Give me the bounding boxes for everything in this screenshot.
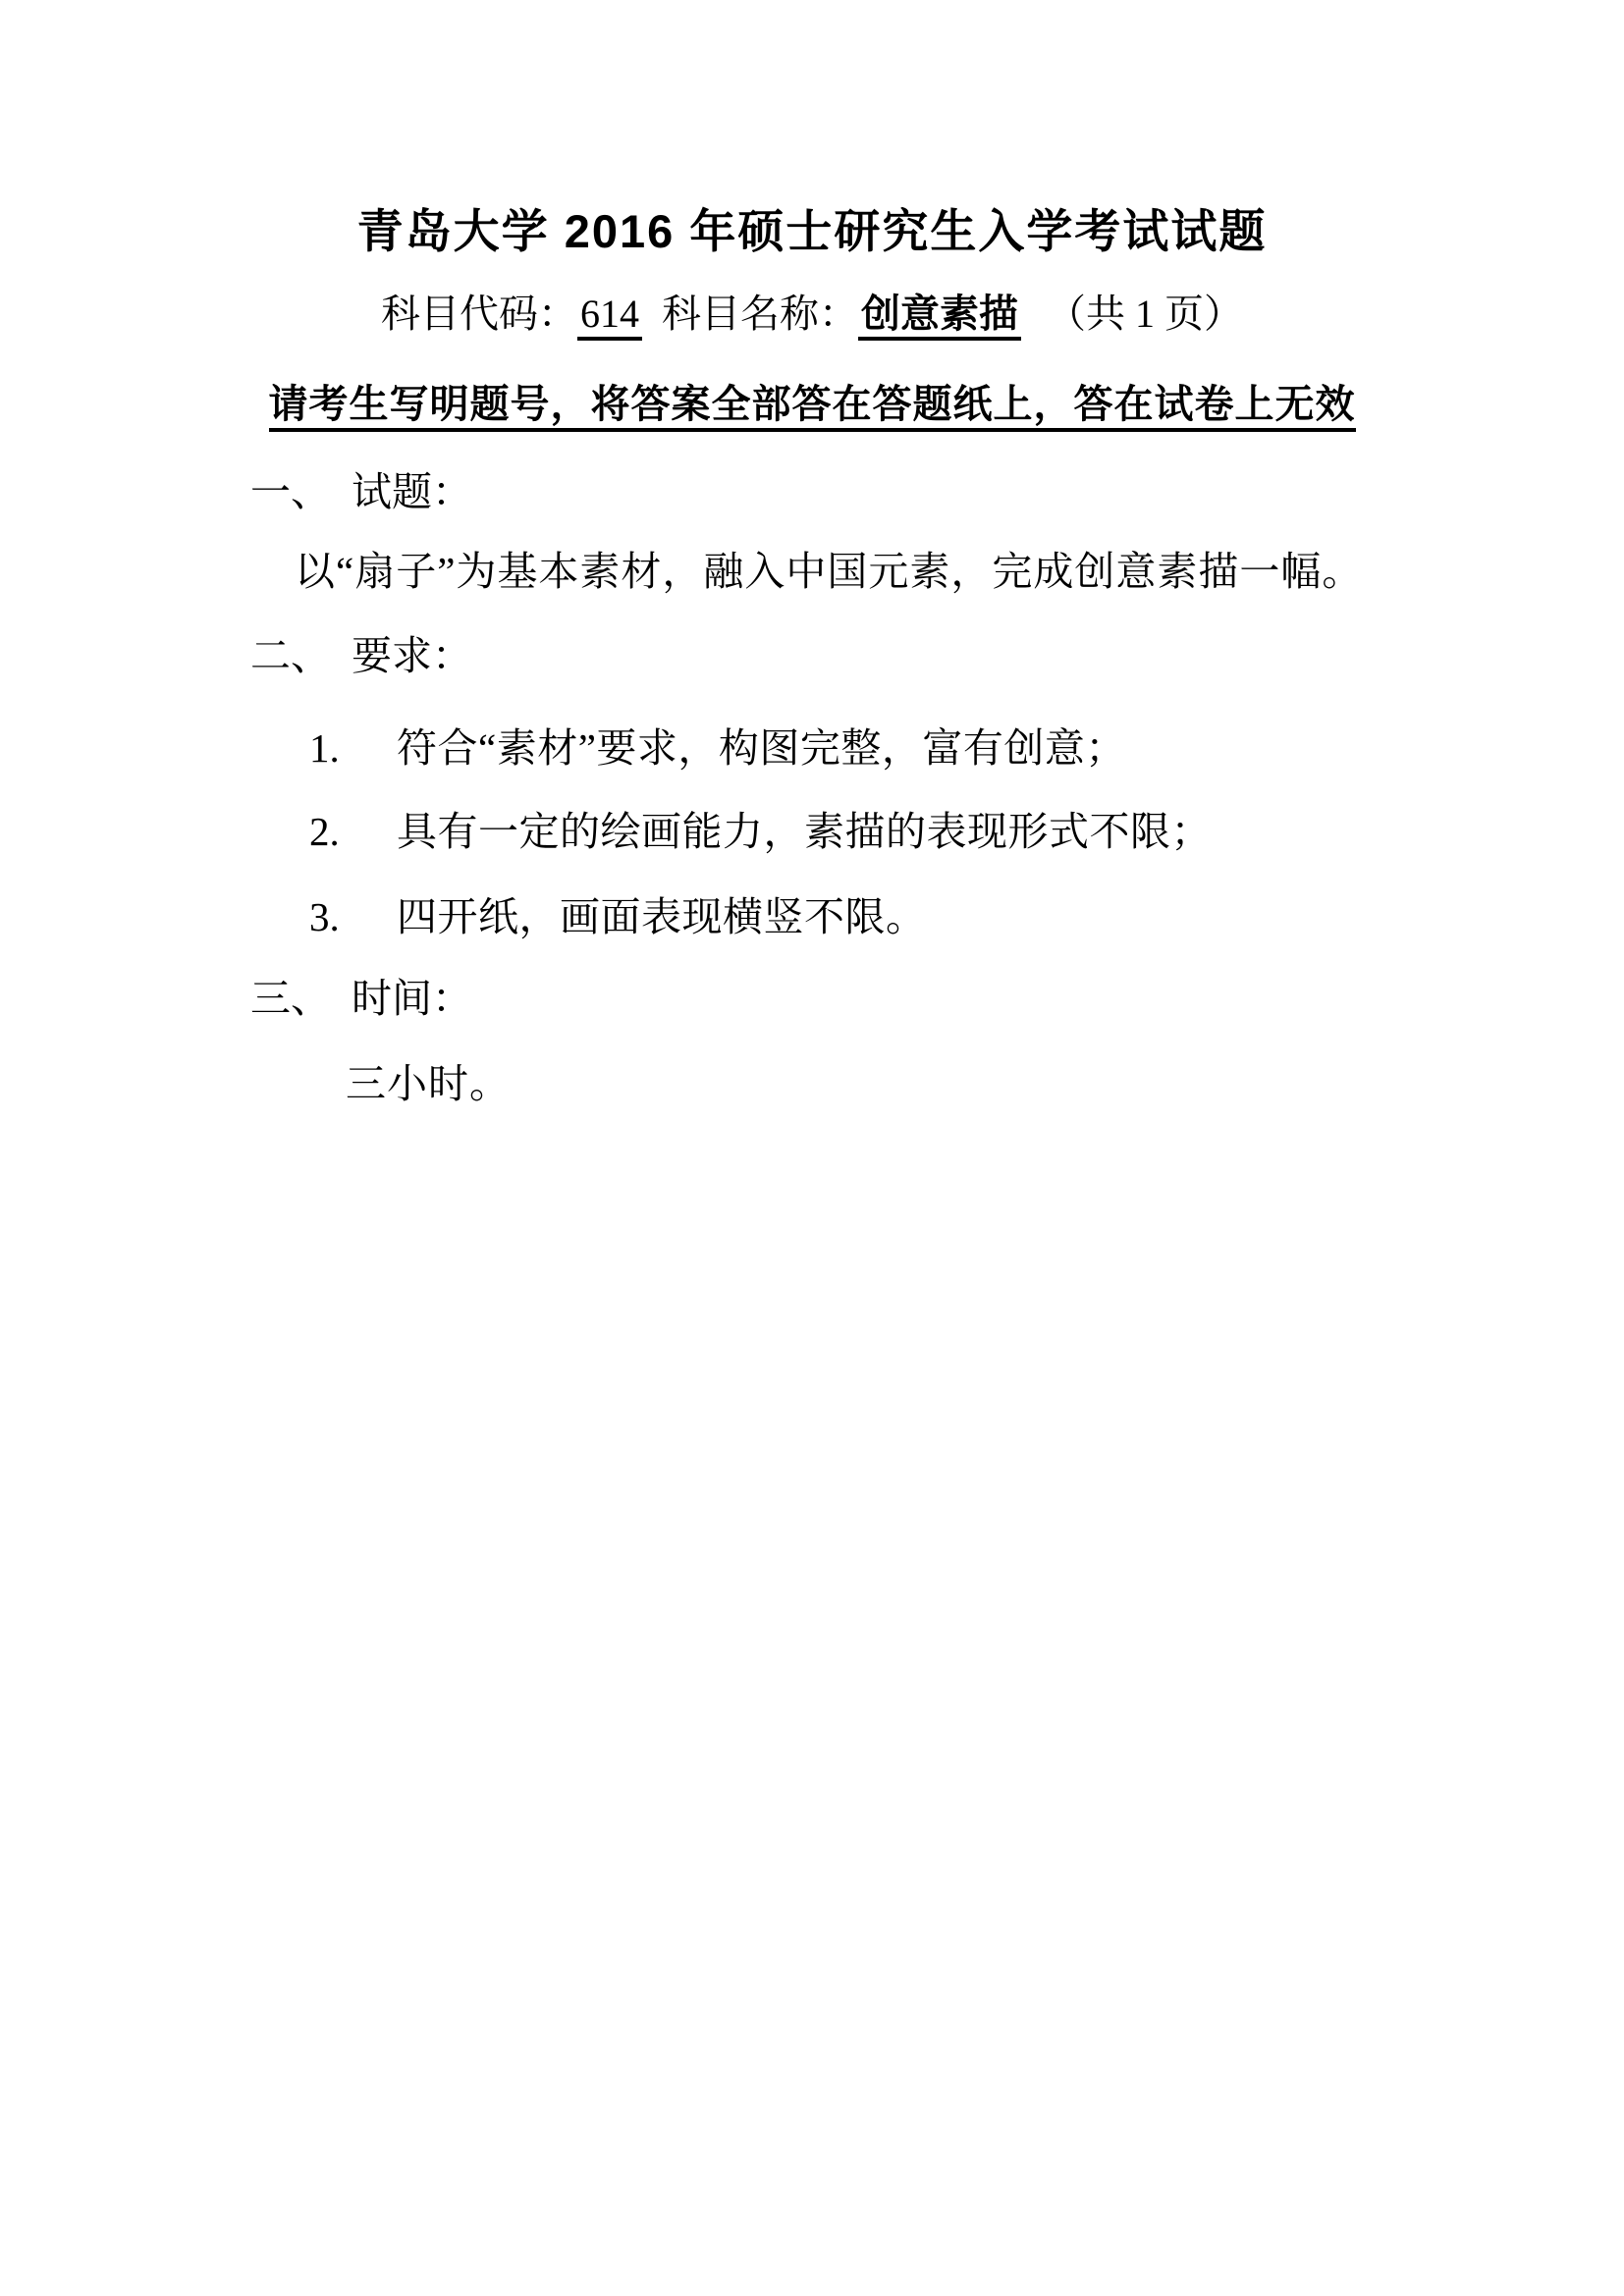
requirement-item-3: 3.四开纸，画面表现横竖不限。 [309,897,927,937]
subject-line: 科目代码：614科目名称：创意素描（共 1 页） [0,294,1624,341]
section-3-title: 时间： [352,976,472,1021]
requirement-item-2: 2.具有一定的绘画能力，素描的表现形式不限； [309,812,1212,852]
section-3-number: 三、 [250,976,331,1021]
requirement-item-1: 1.符合“素材”要求，构图完整，富有创意； [309,728,1126,769]
requirement-item-1-number: 1. [309,728,397,769]
section-1-title: 试题： [352,469,472,514]
page-title: 青岛大学 2016 年硕士研究生入学考试试题 [0,208,1624,254]
subject-pages-note: （共 1 页） [1047,292,1243,336]
requirement-item-2-text: 具有一定的绘画能力，素描的表现形式不限； [397,809,1212,854]
section-3-heading: 三、时间： [250,979,472,1019]
subject-code-value: 614 [577,294,642,341]
subject-code-label: 科目代码： [381,292,577,336]
section-1-number: 一、 [250,469,331,514]
section-3-body: 三小时。 [346,1064,511,1104]
exam-paper-page: 青岛大学 2016 年硕士研究生入学考试试题 科目代码：614科目名称：创意素描… [0,0,1624,2296]
notice-row: 请考生写明题号，将答案全部答在答题纸上，答在试卷上无效 [0,385,1624,432]
subject-name-value: 创意素描 [858,294,1021,341]
section-2-heading: 二、要求： [250,636,472,676]
subject-name-label: 科目名称： [662,292,858,336]
section-1-heading: 一、试题： [250,472,472,512]
requirement-item-1-text: 符合“素材”要求，构图完整，富有创意； [397,725,1126,771]
section-2-number: 二、 [250,633,331,678]
section-2-title: 要求： [352,633,472,678]
requirement-item-3-number: 3. [309,897,397,937]
answer-sheet-notice: 请考生写明题号，将答案全部答在答题纸上，答在试卷上无效 [269,385,1356,432]
requirement-item-3-text: 四开纸，画面表现横竖不限。 [397,894,927,939]
section-1-body: 以“扇子”为基本素材，融入中国元素，完成创意素描一幅。 [295,552,1363,592]
requirement-item-2-number: 2. [309,812,397,852]
